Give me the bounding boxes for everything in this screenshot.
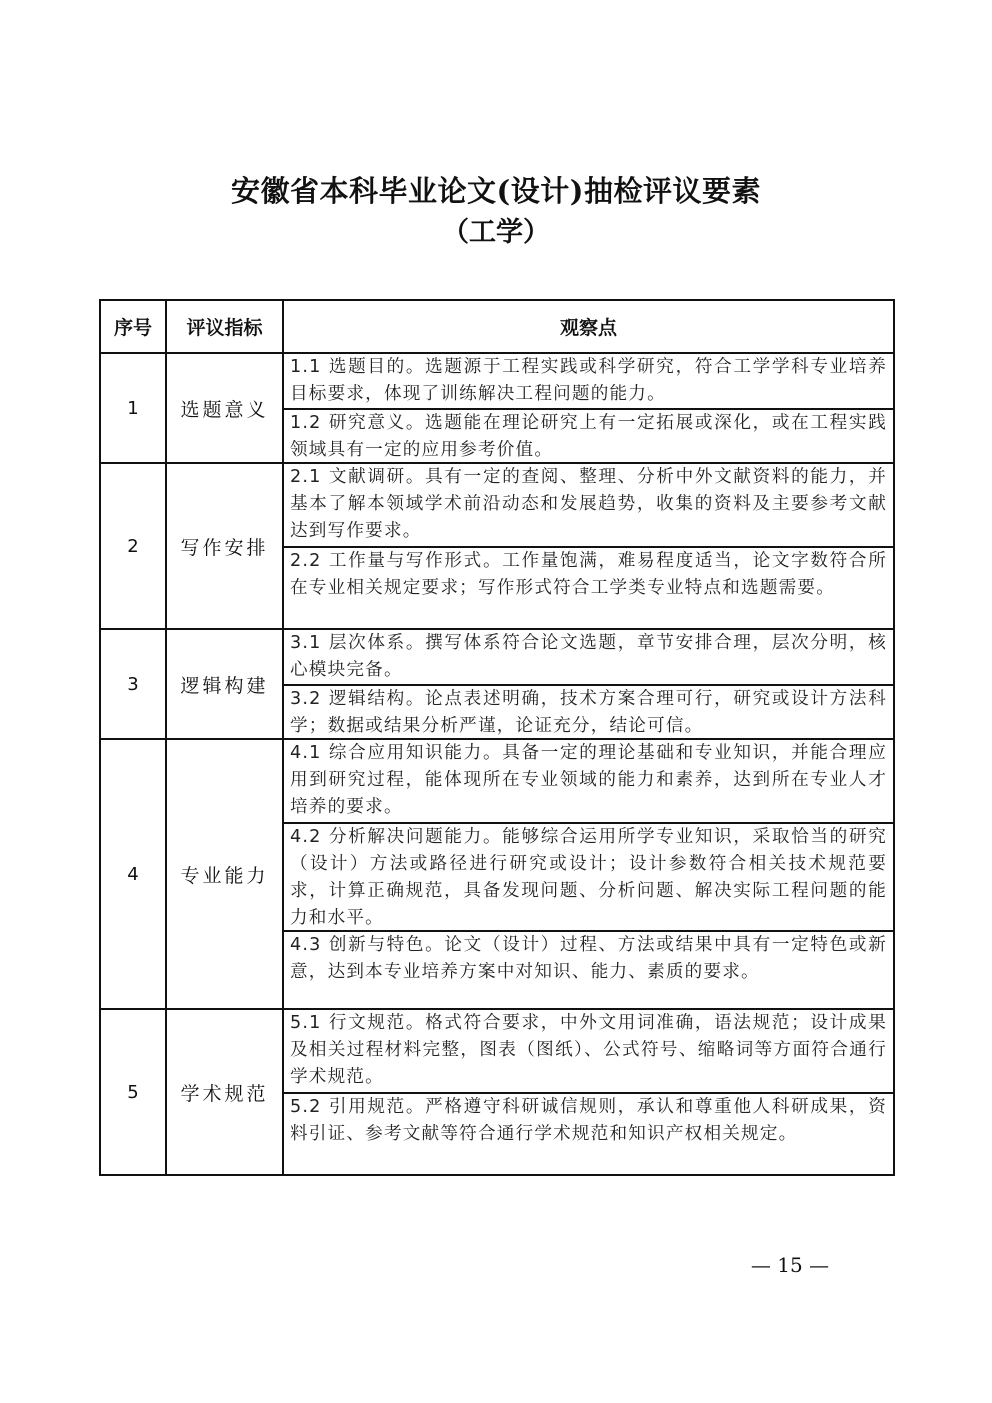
observation-point: 4.1 综合应用知识能力。具备一定的理论基础和专业知识，并能合理应用到研究过程，… — [284, 740, 893, 822]
row-number: 2 — [100, 463, 166, 629]
row-number: 3 — [100, 629, 166, 739]
observation-cell: 2.1 文献调研。具有一定的查阅、整理、分析中外文献资料的能力，并基本了解本领域… — [283, 463, 894, 629]
table-header-row: 序号 评议指标 观察点 — [100, 300, 894, 353]
header-observation-points: 观察点 — [283, 300, 894, 353]
observation-cell: 1.1 选题目的。选题源于工程实践或科学研究，符合工学学科专业培养目标要求，体现… — [283, 353, 894, 463]
observation-point: 3.2 逻辑结构。论点表述明确，技术方案合理可行，研究或设计方法科学；数据或结果… — [284, 684, 893, 738]
observation-point: 2.2 工作量与写作形式。工作量饱满，难易程度适当，论文字数符合所在专业相关规定… — [284, 546, 893, 628]
row-indicator: 逻辑构建 — [166, 629, 283, 739]
row-number: 4 — [100, 739, 166, 1009]
row-number: 5 — [100, 1009, 166, 1175]
observation-cell: 3.1 层次体系。撰写体系符合论文选题，章节安排合理，层次分明，核心模块完备。 … — [283, 629, 894, 739]
observation-cell: 4.1 综合应用知识能力。具备一定的理论基础和专业知识，并能合理应用到研究过程，… — [283, 739, 894, 1009]
table-row: 4 专业能力 4.1 综合应用知识能力。具备一定的理论基础和专业知识，并能合理应… — [100, 739, 894, 1009]
observation-point: 5.2 引用规范。严格遵守科研诚信规则，承认和尊重他人科研成果，资料引证、参考文… — [284, 1092, 893, 1174]
observation-point: 3.1 层次体系。撰写体系符合论文选题，章节安排合理，层次分明，核心模块完备。 — [284, 630, 893, 684]
observation-point: 1.2 研究意义。选题能在理论研究上有一定拓展或深化，或在工程实践领域具有一定的… — [284, 408, 893, 462]
row-indicator: 写作安排 — [166, 463, 283, 629]
row-indicator: 学术规范 — [166, 1009, 283, 1175]
table-row: 1 选题意义 1.1 选题目的。选题源于工程实践或科学研究，符合工学学科专业培养… — [100, 353, 894, 463]
observation-point: 4.3 创新与特色。论文（设计）过程、方法或结果中具有一定特色或新意，达到本专业… — [284, 930, 893, 1008]
table-row: 3 逻辑构建 3.1 层次体系。撰写体系符合论文选题，章节安排合理，层次分明，核… — [100, 629, 894, 739]
observation-point: 1.1 选题目的。选题源于工程实践或科学研究，符合工学学科专业培养目标要求，体现… — [284, 354, 893, 408]
table-row: 5 学术规范 5.1 行文规范。格式符合要求，中外文用词准确，语法规范；设计成果… — [100, 1009, 894, 1175]
observation-point: 2.1 文献调研。具有一定的查阅、整理、分析中外文献资料的能力，并基本了解本领域… — [284, 464, 893, 546]
row-number: 1 — [100, 353, 166, 463]
document-title: 安徽省本科毕业论文(设计)抽检评议要素 — [0, 170, 992, 212]
observation-point: 5.1 行文规范。格式符合要求，中外文用词准确，语法规范；设计成果及相关过程材料… — [284, 1010, 893, 1092]
evaluation-table: 序号 评议指标 观察点 1 选题意义 1.1 选题目的。选题源于工程实践或科学研… — [99, 299, 895, 1176]
observation-cell: 5.1 行文规范。格式符合要求，中外文用词准确，语法规范；设计成果及相关过程材料… — [283, 1009, 894, 1175]
document-subtitle: （工学） — [0, 213, 992, 253]
row-indicator: 专业能力 — [166, 739, 283, 1009]
row-indicator: 选题意义 — [166, 353, 283, 463]
observation-point: 4.2 分析解决问题能力。能够综合运用所学专业知识，采取恰当的研究（设计）方法或… — [284, 822, 893, 930]
page-number: — 15 — — [745, 1253, 835, 1277]
table-row: 2 写作安排 2.1 文献调研。具有一定的查阅、整理、分析中外文献资料的能力，并… — [100, 463, 894, 629]
header-indicator: 评议指标 — [166, 300, 283, 353]
header-serial-number: 序号 — [100, 300, 166, 353]
